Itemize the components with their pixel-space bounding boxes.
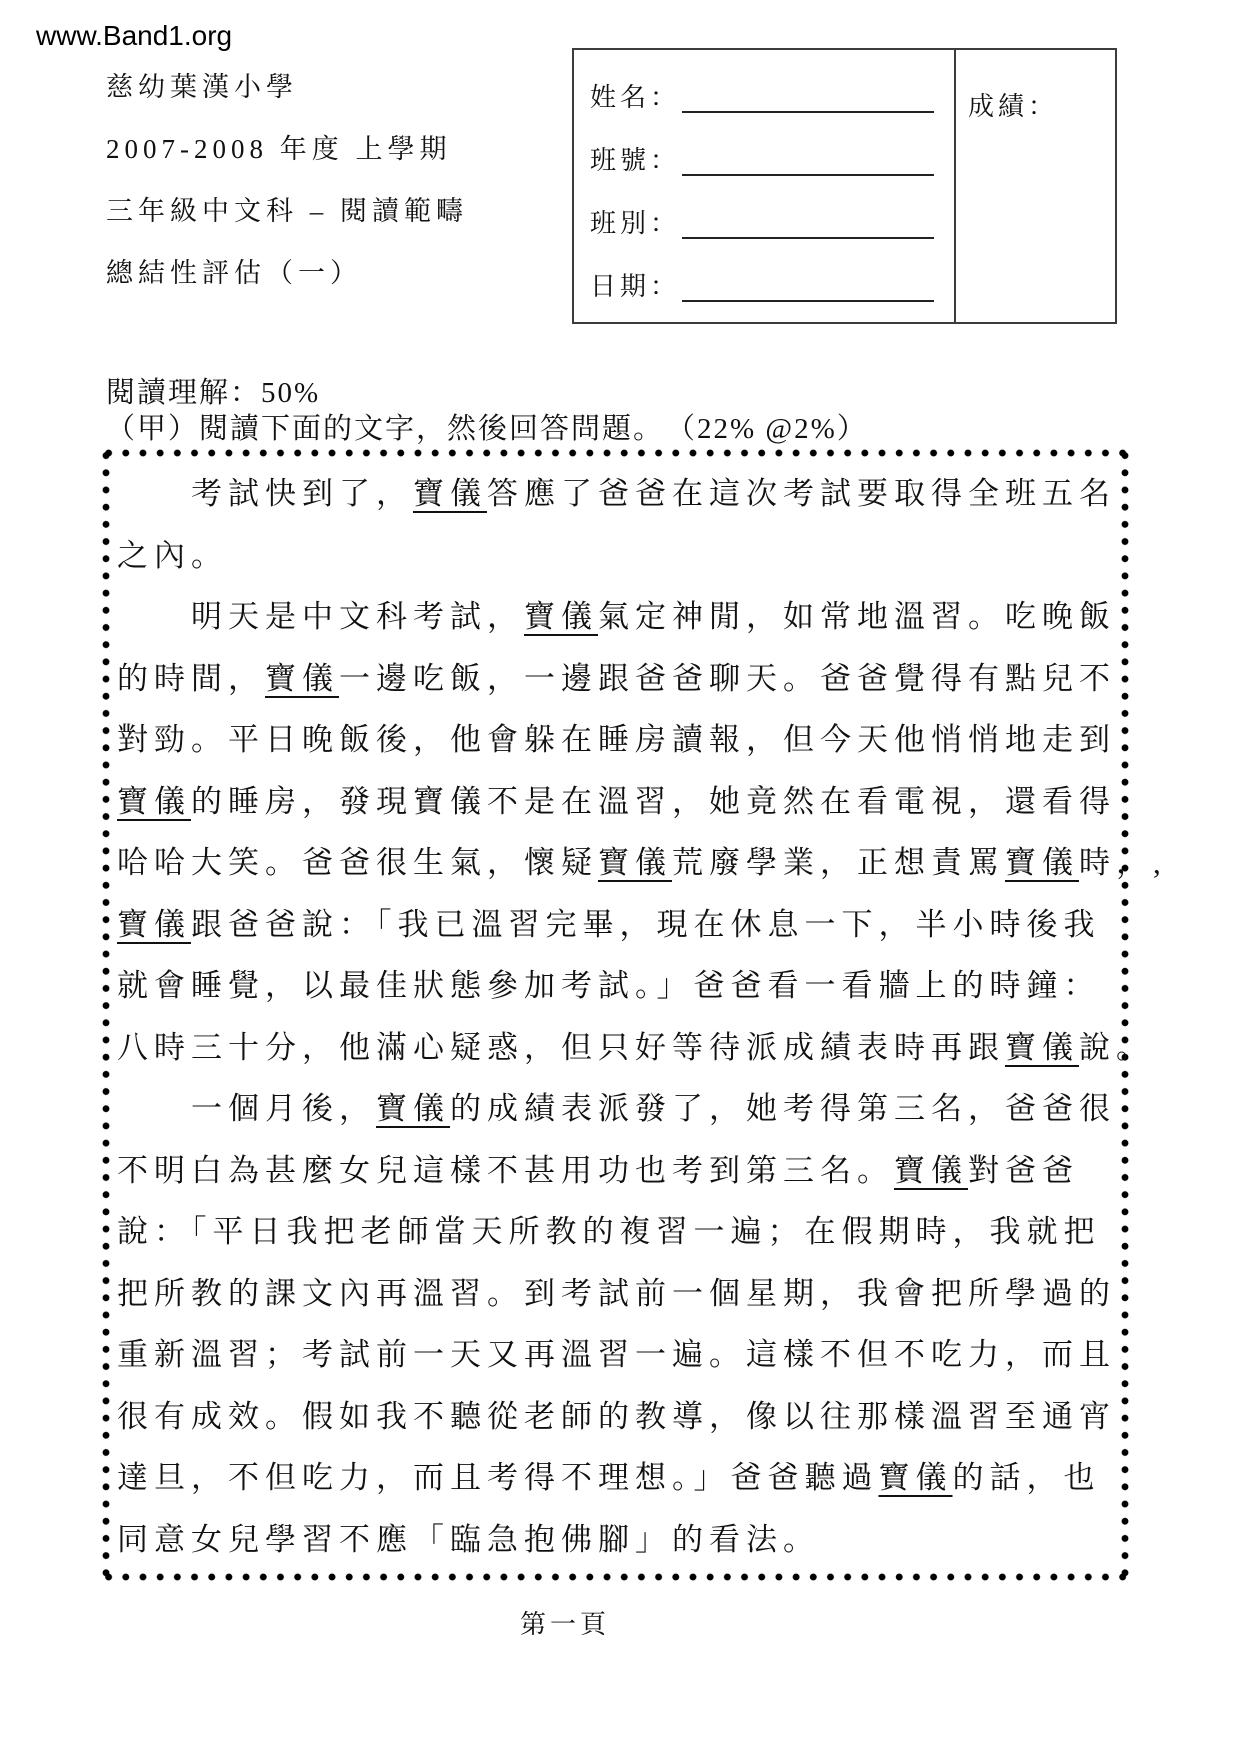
passage-line: 考試快到了，寶儀答應了爸爸在這次考試要取得全班五名 <box>117 463 1115 525</box>
passage-text: 一個月後， <box>191 1091 376 1126</box>
passage-text: 達旦，不但吃力，而且考得不理想。」爸爸聽過 <box>117 1460 879 1495</box>
class-number-label: 班號： <box>590 140 680 177</box>
passage-line: 明天是中文科考試，寶儀氣定神閒，如常地溫習。吃晚飯 <box>117 586 1115 648</box>
school-year: 2007-2008 年度 上學期 <box>106 118 468 180</box>
score-cell: 成績： <box>954 50 1115 322</box>
underlined-character-name: 寶儀 <box>1005 845 1079 880</box>
passage-line: 之內。 <box>117 525 1115 587</box>
passage-text: 重新溫習；考試前一天又再溫習一遍。這樣不但不吃力，而且 <box>117 1337 1116 1372</box>
passage-line: 重新溫習；考試前一天又再溫習一遍。這樣不但不吃力，而且 <box>117 1324 1115 1386</box>
passage-text: 之內。 <box>117 538 228 573</box>
exam-header: 慈幼葉漢小學 2007-2008 年度 上學期 三年級中文科 – 閱讀範疇 總結… <box>106 56 468 304</box>
passage-text: 對勁。平日晚飯後，他會躲在睡房讀報，但今天他悄悄地走到 <box>117 722 1116 757</box>
date-blank-line <box>682 268 934 302</box>
name-blank-line <box>682 79 934 113</box>
passage-line: 不明白為甚麼女兒這樣不甚用功也考到第三名。寶儀對爸爸 <box>117 1140 1115 1202</box>
underlined-character-name: 寶儀 <box>879 1460 953 1495</box>
underlined-character-name: 寶儀 <box>117 784 191 819</box>
assessment-title: 總結性評估（一） <box>106 242 468 304</box>
passage-line: 寶儀跟爸爸說：「我已溫習完畢，現在休息一下，半小時後我 <box>117 894 1115 956</box>
passage-text: 氣定神閒，如常地溫習。吃晚飯 <box>598 599 1116 634</box>
passage-line: 說：「平日我把老師當天所教的複習一遍；在假期時，我就把 <box>117 1201 1115 1263</box>
passage-text: 明天是中文科考試， <box>191 599 524 634</box>
date-label: 日期： <box>590 266 680 303</box>
passage-text: 答應了爸爸在這次考試要取得全班五名 <box>487 476 1116 511</box>
passage-text: 的睡房，發現寶儀不是在溫習，她竟然在看電視，還看得 <box>191 784 1116 819</box>
class-field-row: 班別： <box>590 190 954 253</box>
passage-text: 八時三十分，他滿心疑惑，但只好等待派成績表時再跟 <box>117 1030 1005 1065</box>
class-number-blank-line <box>682 142 934 176</box>
passage-line: 達旦，不但吃力，而且考得不理想。」爸爸聽過寶儀的話，也 <box>117 1447 1115 1509</box>
subject-line: 三年級中文科 – 閱讀範疇 <box>106 180 468 242</box>
underlined-character-name: 寶儀 <box>894 1153 968 1188</box>
passage-line: 對勁。平日晚飯後，他會躲在睡房讀報，但今天他悄悄地走到 <box>117 709 1115 771</box>
site-watermark: www.Band1.org <box>36 20 232 52</box>
underlined-character-name: 寶儀 <box>413 476 487 511</box>
passage-text: 很有成效。假如我不聽從老師的教導，像以往那樣溫習至通宵 <box>117 1399 1116 1434</box>
passage-text: 一邊吃飯，一邊跟爸爸聊天。爸爸覺得有點兒不 <box>339 661 1116 696</box>
passage-line: 的時間，寶儀一邊吃飯，一邊跟爸爸聊天。爸爸覺得有點兒不 <box>117 648 1115 710</box>
passage-line: 同意女兒學習不應「臨急抱佛腳」的看法。 <box>117 1509 1115 1571</box>
name-label: 姓名： <box>590 77 680 114</box>
school-name: 慈幼葉漢小學 <box>106 56 468 118</box>
underlined-character-name: 寶儀 <box>117 907 191 942</box>
passage-text: 對爸爸 <box>968 1153 1079 1188</box>
passage-line: 八時三十分，他滿心疑惑，但只好等待派成績表時再跟寶儀說。 <box>117 1017 1115 1079</box>
passage-line: 寶儀的睡房，發現寶儀不是在溫習，她竟然在看電視，還看得 <box>117 771 1115 833</box>
passage-line: 一個月後，寶儀的成績表派發了，她考得第三名，爸爸很 <box>117 1078 1115 1140</box>
passage-line: 很有成效。假如我不聽從老師的教導，像以往那樣溫習至通宵 <box>117 1386 1115 1448</box>
passage-text: 的成績表派發了，她考得第三名，爸爸很 <box>450 1091 1116 1126</box>
passage-text: 的話，也 <box>953 1460 1101 1495</box>
passage-text: 跟爸爸說：「我已溫習完畢，現在休息一下，半小時後我 <box>191 907 1101 942</box>
passage-text: 說：「平日我把老師當天所教的複習一遍；在假期時，我就把 <box>117 1214 1101 1249</box>
class-number-field-row: 班號： <box>590 127 954 190</box>
passage-text: 不明白為甚麼女兒這樣不甚用功也考到第三名。 <box>117 1153 894 1188</box>
underlined-character-name: 寶儀 <box>1005 1030 1079 1065</box>
passage-text: 把所教的課文內再溫習。到考試前一個星期，我會把所學過的 <box>117 1276 1116 1311</box>
student-info-fields: 姓名： 班號： 班別： 日期： <box>574 50 954 322</box>
passage-text: 荒廢學業，正想責罵 <box>672 845 1005 880</box>
passage-text: 同意女兒學習不應「臨急抱佛腳」的看法。 <box>117 1522 820 1557</box>
passage-text: 哈哈大笑。爸爸很生氣，懷疑 <box>117 845 598 880</box>
student-info-table: 姓名： 班號： 班別： 日期： 成績： <box>572 48 1117 324</box>
class-label: 班別： <box>590 203 680 240</box>
passage-text: 說。 <box>1079 1030 1153 1065</box>
score-label: 成績： <box>968 92 1058 121</box>
passage-line: 哈哈大笑。爸爸很生氣，懷疑寶儀荒廢學業，正想責罵寶儀時，, <box>117 832 1115 894</box>
passage-text: 的時間， <box>117 661 265 696</box>
name-field-row: 姓名： <box>590 64 954 127</box>
passage-text: 考試快到了， <box>191 476 413 511</box>
page-number: 第一頁 <box>0 1604 1130 1641</box>
date-field-row: 日期： <box>590 253 954 316</box>
passage-box: 考試快到了，寶儀答應了爸爸在這次考試要取得全班五名之內。明天是中文科考試，寶儀氣… <box>100 447 1131 1583</box>
passage-line: 就會睡覺，以最佳狀態參加考試。」爸爸看一看牆上的時鐘： <box>117 955 1115 1017</box>
section-title: 閱讀理解：50% <box>106 370 320 411</box>
underlined-character-name: 寶儀 <box>598 845 672 880</box>
passage-text: 時，, <box>1079 845 1167 880</box>
class-blank-line <box>682 205 934 239</box>
passage-line: 把所教的課文內再溫習。到考試前一個星期，我會把所學過的 <box>117 1263 1115 1325</box>
passage-text: 就會睡覺，以最佳狀態參加考試。」爸爸看一看牆上的時鐘： <box>117 968 1101 1003</box>
underlined-character-name: 寶儀 <box>265 661 339 696</box>
section-instruction: （甲）閱讀下面的文字，然後回答問題。 （22% @2%） <box>106 406 868 447</box>
underlined-character-name: 寶儀 <box>524 599 598 634</box>
underlined-character-name: 寶儀 <box>376 1091 450 1126</box>
